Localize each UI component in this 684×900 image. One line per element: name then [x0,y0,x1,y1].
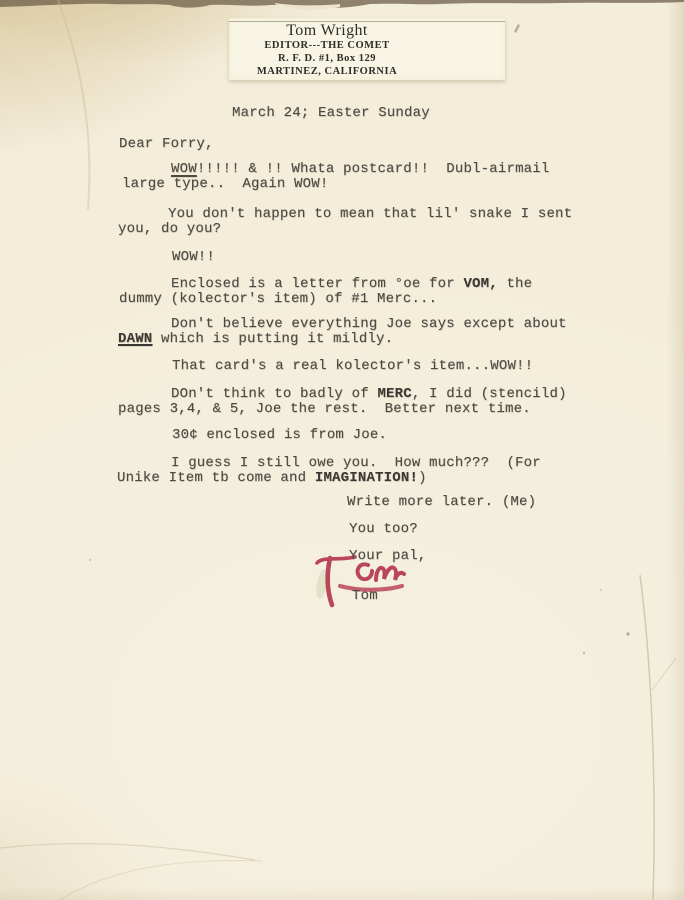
body-line: DOn't think to badly of MERC, I did (ste… [171,387,567,402]
letter-page: Tom Wright EDITOR---THE COMET R. F. D. #… [0,0,684,900]
letterhead-title: EDITOR---THE COMET [231,40,423,52]
body-line: you, do you? [118,222,221,237]
underlined-word: WOW [171,161,197,177]
body-line: Don't believe everything Joe says except… [171,317,567,332]
crease-top-left [58,0,89,210]
body-line: WOW!! [172,250,215,265]
body-line: Enclosed is a letter from °oe for VOM, t… [171,277,532,292]
salutation: Dear Forry, [119,137,214,152]
emphasized-word: IMAGINATION! [315,470,418,486]
closing-line: Write more later. (Me) [347,495,536,510]
emphasized-word: MERC [377,386,411,402]
closing-line: Your pal, [349,549,426,564]
letterhead-address: R. F. D. #1, Box 129 [231,53,423,65]
body-line: large type.. Again WOW! [122,177,328,192]
emphasized-word: VOM, [463,276,497,292]
body-line: 30¢ enclosed is from Joe. [172,428,387,443]
letterhead-text: Tom Wright EDITOR---THE COMET R. F. D. #… [231,22,423,78]
letterhead-name: Tom Wright [231,22,423,39]
body-line: You don't happen to mean that lil' snake… [168,207,572,222]
crease-right [640,575,654,900]
body-line: dummy (kolector's item) of #1 Merc... [119,292,437,307]
body-line: That card's a real kolector's item...WOW… [172,359,533,374]
letterhead-city: MARTINEZ, CALIFORNIA [231,66,423,78]
letterhead-label: Tom Wright EDITOR---THE COMET R. F. D. #… [229,18,505,80]
body-line: WOW!!!!! & !! Whata postcard!! Dubl-airm… [171,162,549,177]
typed-signature-name: Tom [352,589,378,604]
closing-line: You too? [349,522,418,537]
body-line: I guess I still owe you. How much??? (Fo… [171,456,541,471]
body-line: DAWN which is putting it mildly. [118,332,393,347]
crease-bottom-left [0,844,255,860]
underlined-word: DAWN [118,331,152,347]
date-line: March 24; Easter Sunday [232,106,430,121]
body-line: Unike Item tb come and IMAGINATION!) [117,471,427,486]
decorations-overlay [0,0,684,900]
torn-edge [0,0,684,8]
body-line: pages 3,4, & 5, Joe the rest. Better nex… [118,402,531,417]
